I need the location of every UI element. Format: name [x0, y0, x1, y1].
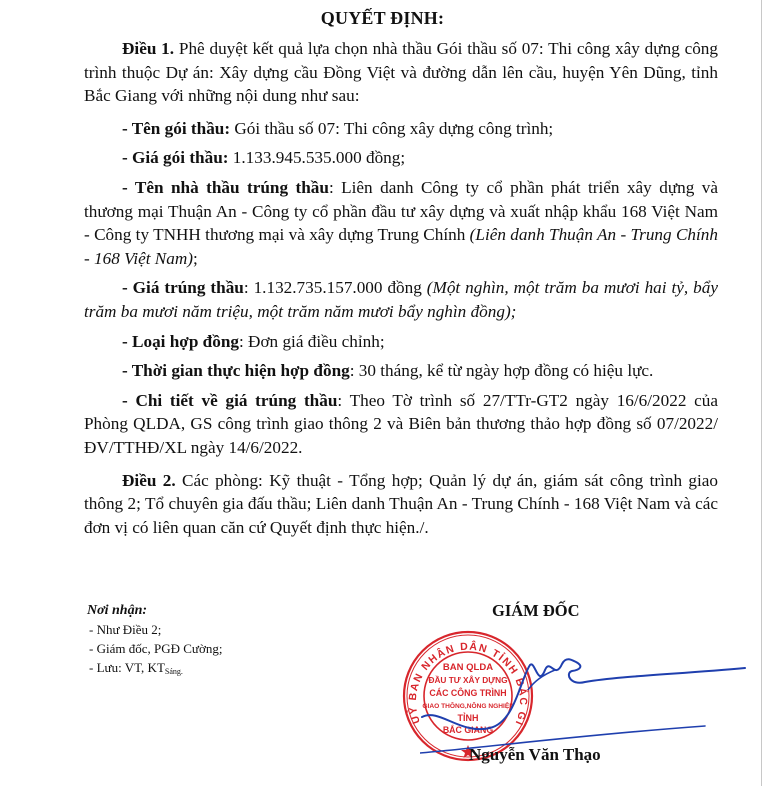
item-label: - Loại hợp đồng — [122, 332, 239, 351]
article-2-text: Các phòng: Kỹ thuật - Tổng hợp; Quản lý … — [84, 471, 718, 537]
item-package-name: - Tên gói thầu: Gói thầu số 07: Thi công… — [84, 117, 718, 141]
item-label: - Thời gian thực hiện hợp đồng — [122, 361, 350, 380]
recipient-item: - Như Điều 2; — [87, 620, 222, 639]
item-contract-type: - Loại hợp đồng: Đơn giá điều chỉnh; — [84, 330, 718, 354]
item-package-price: - Giá gói thầu: 1.133.945.535.000 đồng; — [84, 146, 718, 170]
signer-name: Nguyễn Văn Thạo — [469, 745, 601, 765]
item-label: - Giá trúng thầu — [122, 278, 244, 297]
article-1-label: Điều 1. — [122, 39, 174, 58]
recipient-item: - Lưu: VT, KTSáng. — [87, 658, 222, 681]
recipients-block: Nơi nhận: - Như Điều 2; - Giám đốc, PGĐ … — [87, 601, 222, 681]
item-text: : 30 tháng, kể từ ngày hợp đồng có hiệu … — [350, 361, 654, 380]
item-text: : Đơn giá điều chỉnh; — [239, 332, 385, 351]
item-contract-duration: - Thời gian thực hiện hợp đồng: 30 tháng… — [84, 359, 718, 383]
item-text: Gói thầu số 07: Thi công xây dựng công t… — [230, 119, 553, 138]
item-price-details: - Chi tiết về giá trúng thầu: Theo Tờ tr… — [84, 389, 718, 460]
document-title: QUYẾT ĐỊNH: — [0, 8, 765, 29]
item-winning-price: - Giá trúng thầu: 1.132.735.157.000 đồng… — [84, 276, 718, 323]
recipient-item-subscript: Sáng. — [165, 667, 183, 676]
article-2-label: Điều 2. — [122, 471, 176, 490]
article-1-text: Phê duyệt kết quả lựa chọn nhà thầu Gói … — [84, 39, 718, 105]
item-text: : 1.132.735.157.000 đồng — [244, 278, 427, 297]
item-label: - Tên nhà thầu trúng thầu — [122, 178, 329, 197]
signature-icon — [420, 640, 765, 760]
recipient-item: - Giám đốc, PGĐ Cường; — [87, 639, 222, 658]
document-body: Điều 1. Phê duyệt kết quả lựa chọn nhà t… — [84, 37, 718, 548]
signer-position: GIÁM ĐỐC — [492, 601, 580, 621]
item-label: - Giá gói thầu: — [122, 148, 228, 167]
article-2: Điều 2. Các phòng: Kỹ thuật - Tổng hợp; … — [84, 469, 718, 540]
item-text: 1.133.945.535.000 đồng; — [228, 148, 405, 167]
item-winning-contractor: - Tên nhà thầu trúng thầu: Liên danh Côn… — [84, 176, 718, 270]
recipient-item-text: - Lưu: VT, KT — [89, 660, 165, 675]
item-label: - Tên gói thầu: — [122, 119, 230, 138]
article-1: Điều 1. Phê duyệt kết quả lựa chọn nhà t… — [84, 37, 718, 108]
recipients-header: Nơi nhận: — [87, 601, 222, 620]
item-label: - Chi tiết về giá trúng thầu — [122, 391, 337, 410]
item-suffix: ; — [193, 249, 198, 268]
